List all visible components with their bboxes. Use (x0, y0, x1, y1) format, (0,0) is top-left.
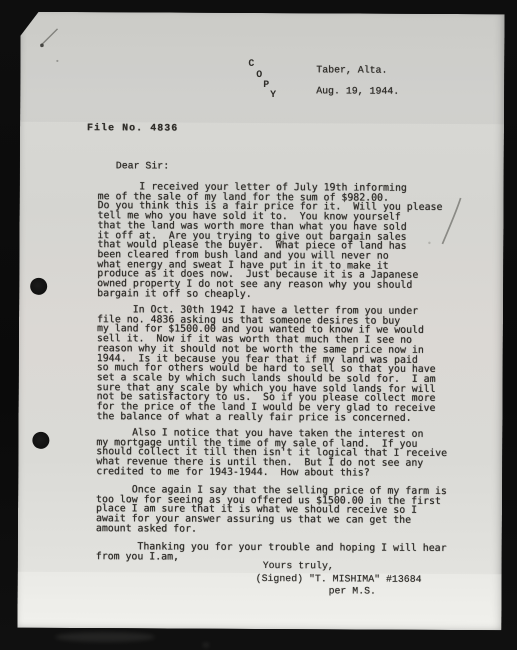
letter-place: Taber, Alta. (316, 65, 387, 75)
scan-band-top (20, 12, 505, 125)
salutation: Dear Sir: (116, 161, 169, 171)
copy-marker: C O P Y (21, 12, 505, 15)
letter-date: Aug. 19, 1944. (316, 86, 399, 96)
pencil-mark-icon (30, 20, 80, 70)
copy-letter-o: O (256, 69, 262, 80)
paragraph-2: In Oct. 30th 1942 I have a letter from y… (96, 305, 435, 423)
paragraph-4: Once again I say that the selling price … (96, 485, 447, 535)
punch-hole-top (30, 278, 47, 295)
signature-yours: Yours truly, (263, 560, 422, 573)
letter-paper: C O P Y Taber, Alta. Aug. 19, 1944. File… (17, 12, 504, 631)
paragraph-1: I received your letter of July 19th info… (97, 182, 442, 300)
signature-block: Yours truly, (Signed) "T. MISHIMA" #1368… (256, 560, 422, 599)
copy-letter-y: Y (270, 89, 276, 100)
signature-signed: (Signed) "T. MISHIMA" #13684 (256, 573, 422, 586)
punch-hole-bottom (32, 432, 49, 449)
copy-letter-p: P (263, 79, 269, 90)
paragraph-3: Also I notice that you have taken the in… (96, 428, 447, 478)
scan-smudge (203, 643, 209, 647)
scanned-letter-page: C O P Y Taber, Alta. Aug. 19, 1944. File… (0, 0, 517, 650)
file-number: File No. 4836 (87, 123, 178, 133)
copy-letter-c: C (248, 58, 254, 69)
scan-smudge (55, 632, 155, 642)
signature-per: per M.S. (329, 586, 422, 599)
